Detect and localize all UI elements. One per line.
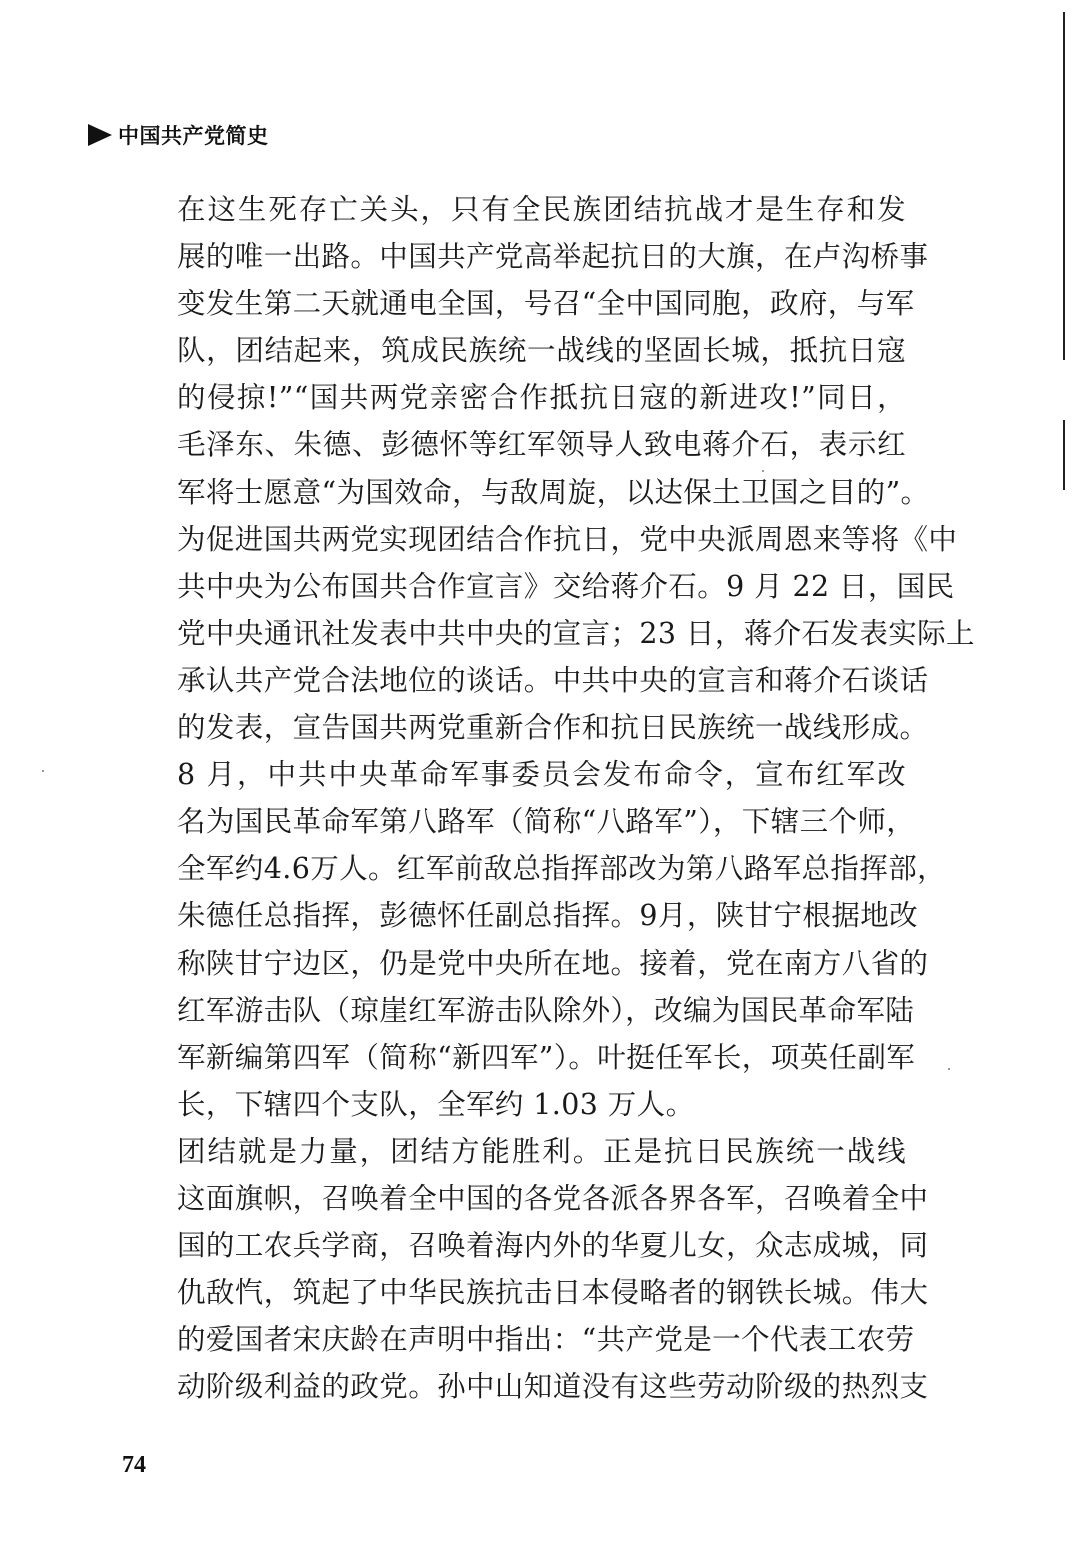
- scan-speck: [762, 470, 764, 472]
- scan-speck: [948, 1068, 950, 1070]
- paragraph-2: 8 月，中共中央革命军事委员会发布命令，宣布红军改 名为国民革命军第八路军（简称…: [120, 751, 906, 1128]
- scan-edge-line: [1063, 150, 1065, 360]
- page-number: 74: [122, 1452, 146, 1479]
- text-line: 展的唯一出路。中国共产党高举起抗日的大旗，在卢沟桥事: [120, 233, 906, 280]
- text-line: 的发表，宣告国共两党重新合作和抗日民族统一战线形成。: [120, 704, 906, 751]
- text-line: 长，下辖四个支队，全军约 1.03 万人。: [120, 1081, 906, 1128]
- text-line: 名为国民革命军第八路军（简称“八路军”），下辖三个师，: [120, 798, 906, 845]
- text-line: 仇敌忾，筑起了中华民族抗击日本侵略者的钢铁长城。伟大: [120, 1269, 906, 1316]
- triangle-arrow-icon: [88, 124, 112, 146]
- text-line: 团结就是力量，团结方能胜利。正是抗日民族统一战线: [120, 1128, 906, 1175]
- scan-speck: [42, 770, 44, 772]
- text-line: 军将士愿意“为国效命，与敌周旋，以达保土卫国之目的”。: [120, 469, 906, 516]
- text-line: 动阶级利益的政党。孙中山知道没有这些劳动阶级的热烈支: [120, 1363, 906, 1410]
- text-line: 毛泽东、朱德、彭德怀等红军领导人致电蒋介石，表示红: [120, 421, 906, 468]
- scan-edge-line: [1063, 420, 1065, 490]
- text-line: 国的工农兵学商，召唤着海内外的华夏儿女，众志成城，同: [120, 1222, 906, 1269]
- text-line: 的爱国者宋庆龄在声明中指出：“共产党是一个代表工农劳: [120, 1316, 906, 1363]
- text-line: 党中央通讯社发表中共中央的宣言；23 日，蒋介石发表实际上: [120, 610, 906, 657]
- paragraph-1: 在这生死存亡关头，只有全民族团结抗战才是生存和发 展的唯一出路。中国共产党高举起…: [120, 186, 906, 751]
- text-line: 这面旗帜，召唤着全中国的各党各派各界各军，召唤着全中: [120, 1175, 906, 1222]
- text-line: 军新编第四军（简称“新四军”）。叶挺任军长，项英任副军: [120, 1034, 906, 1081]
- body-text: 在这生死存亡关头，只有全民族团结抗战才是生存和发 展的唯一出路。中国共产党高举起…: [120, 186, 906, 1410]
- text-line: 变发生第二天就通电全国，号召“全中国同胞，政府，与军: [120, 280, 906, 327]
- paragraph-3: 团结就是力量，团结方能胜利。正是抗日民族统一战线 这面旗帜，召唤着全中国的各党各…: [120, 1128, 906, 1411]
- text-line: 为促进国共两党实现团结合作抗日，党中央派周恩来等将《中: [120, 516, 906, 563]
- text-line: 红军游击队（琼崖红军游击队除外），改编为国民革命军陆: [120, 987, 906, 1034]
- text-line: 承认共产党合法地位的谈话。中共中央的宣言和蒋介石谈话: [120, 657, 906, 704]
- text-line: 在这生死存亡关头，只有全民族团结抗战才是生存和发: [120, 186, 906, 233]
- book-title: 中国共产党简史: [118, 120, 269, 150]
- text-line: 称陕甘宁边区，仍是党中央所在地。接着，党在南方八省的: [120, 940, 906, 987]
- text-line: 全军约4.6万人。红军前敌总指挥部改为第八路军总指挥部，: [120, 845, 906, 892]
- text-line: 队，团结起来，筑成民族统一战线的坚固长城，抵抗日寇: [120, 327, 906, 374]
- scan-edge-line: [1063, 12, 1065, 152]
- text-line: 共中央为公布国共合作宣言》交给蒋介石。9 月 22 日，国民: [120, 563, 906, 610]
- text-line: 的侵掠!”“国共两党亲密合作抵抗日寇的新进攻!”同日，: [120, 374, 906, 421]
- text-line: 朱德任总指挥，彭德怀任副总指挥。9月，陕甘宁根据地改: [120, 892, 906, 939]
- text-line: 8 月，中共中央革命军事委员会发布命令，宣布红军改: [120, 751, 906, 798]
- running-header: 中国共产党简史: [88, 118, 269, 152]
